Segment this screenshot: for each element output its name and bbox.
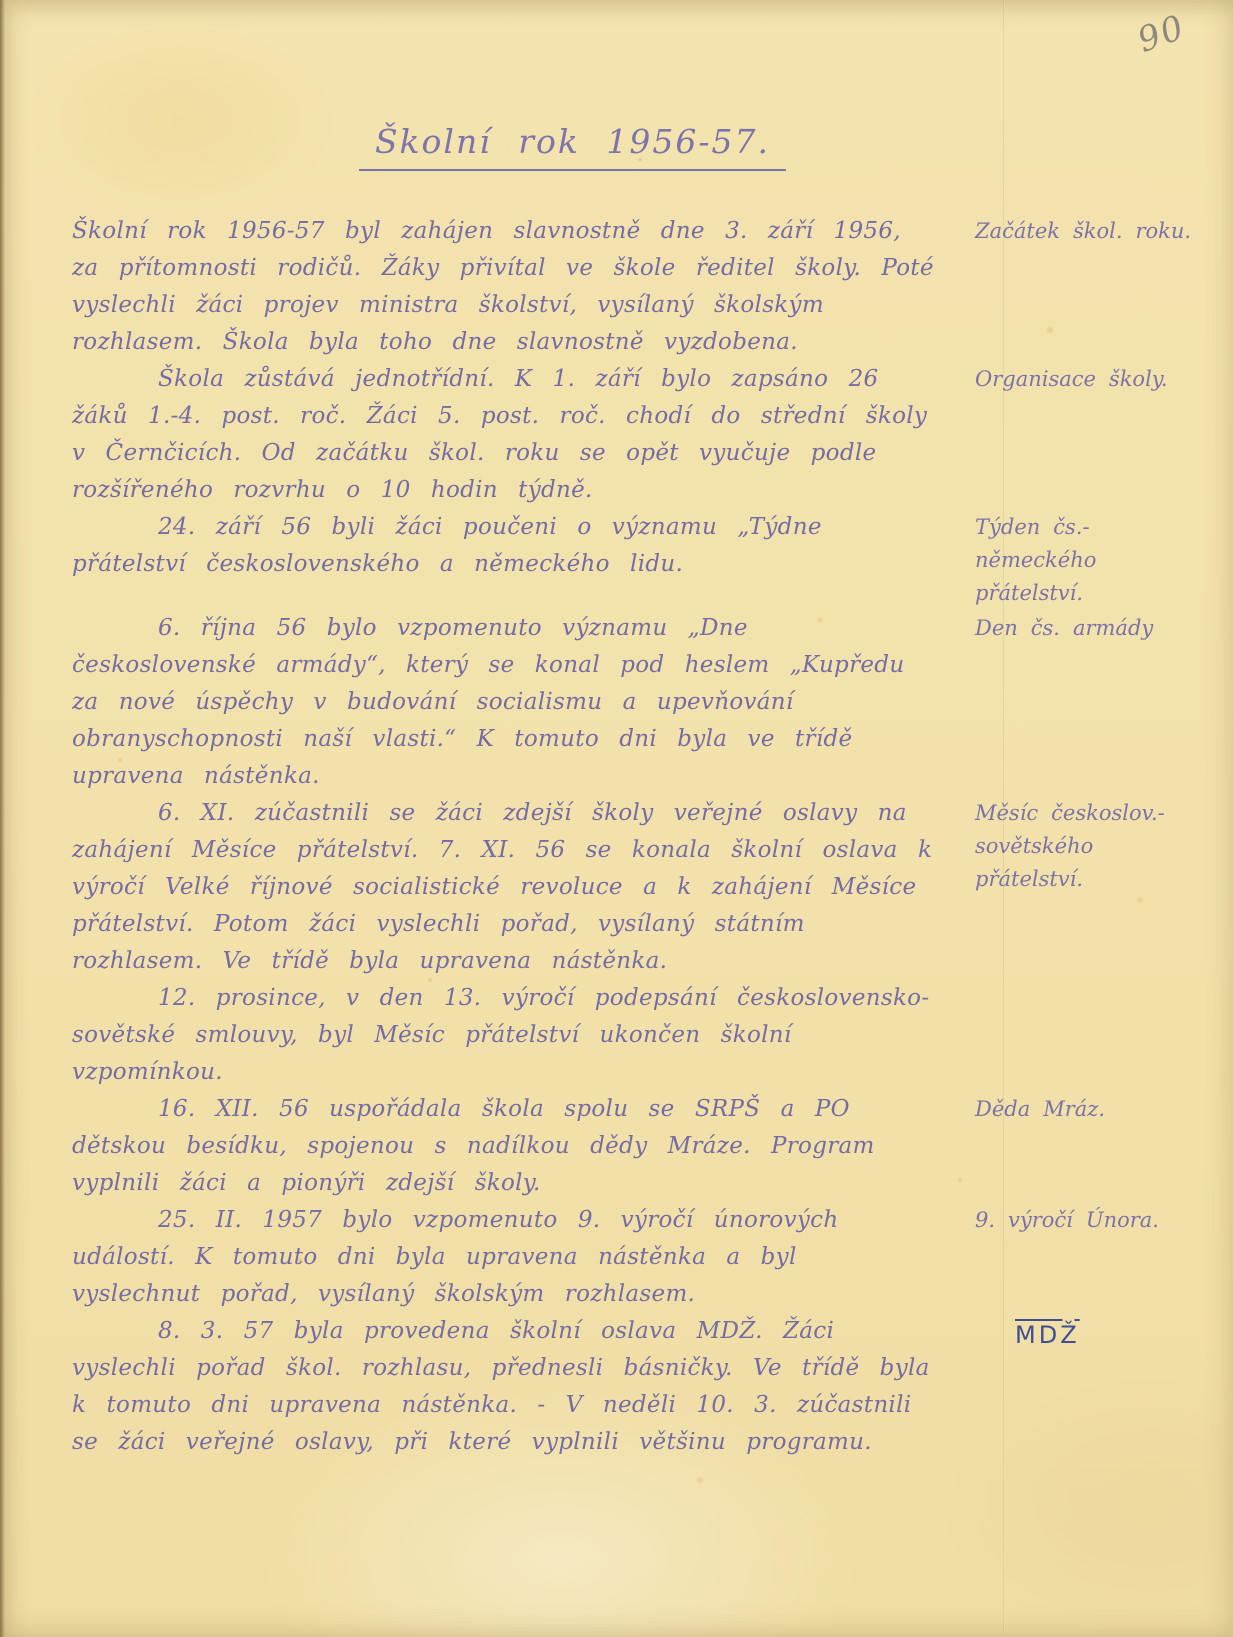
- entry-text: 8. 3. 57 byla provedena školní oslava MD…: [72, 1313, 941, 1461]
- entry-text: 24. září 56 byli žáci poučeni o významu …: [72, 509, 941, 583]
- chronicle-page: 90 Školní rok 1956-57. Školní rok 1956-5…: [0, 0, 1233, 1637]
- margin-note: 9. výročí Února.: [975, 1202, 1203, 1237]
- title-row: Školní rok 1956-57.: [202, 122, 943, 171]
- margin-note: Měsíc českoslov.-sovětského přátelství.: [975, 795, 1203, 896]
- entry-text: 6. října 56 bylo vzpomenuto významu „Dne…: [72, 610, 941, 795]
- margin-note: Den čs. armády: [975, 610, 1203, 645]
- margin-note: [975, 980, 1203, 982]
- page-content: Školní rok 1956-57. Školní rok 1956-57 b…: [0, 0, 1233, 1637]
- entry-text: Školní rok 1956-57 byl zahájen slavnostn…: [72, 213, 941, 361]
- margin-note: MDŽ: [975, 1313, 1203, 1352]
- chronicle-entry: 6. XI. zúčastnili se žáci zdejší školy v…: [72, 795, 1203, 980]
- entry-text: 16. XII. 56 uspořádala škola spolu se SR…: [72, 1091, 941, 1202]
- chronicle-entry: 25. II. 1957 bylo vzpomenuto 9. výročí ú…: [72, 1202, 1203, 1313]
- entry-text: 6. XI. zúčastnili se žáci zdejší školy v…: [72, 795, 941, 980]
- chronicle-entry: 16. XII. 56 uspořádala škola spolu se SR…: [72, 1091, 1203, 1202]
- chronicle-entry: Škola zůstává jednotřídní. K 1. září byl…: [72, 361, 1203, 509]
- page-title: Školní rok 1956-57.: [359, 122, 786, 171]
- chronicle-entry: 6. října 56 bylo vzpomenuto významu „Dne…: [72, 610, 1203, 795]
- entry-text: 25. II. 1957 bylo vzpomenuto 9. výročí ú…: [72, 1202, 941, 1313]
- margin-note: Organisace školy.: [975, 361, 1203, 396]
- chronicle-entry: 24. září 56 byli žáci poučeni o významu …: [72, 509, 1203, 610]
- chronicle-entry: 8. 3. 57 byla provedena školní oslava MD…: [72, 1313, 1203, 1461]
- chronicle-entry: 12. prosince, v den 13. výročí podepsání…: [72, 980, 1203, 1091]
- chronicle-entry: Školní rok 1956-57 byl zahájen slavnostn…: [72, 213, 1203, 361]
- entry-text: Škola zůstává jednotřídní. K 1. září byl…: [72, 361, 941, 509]
- margin-note: Děda Mráz.: [975, 1091, 1203, 1126]
- margin-note: Začátek škol. roku.: [975, 213, 1203, 248]
- entry-text: 12. prosince, v den 13. výročí podepsání…: [72, 980, 941, 1091]
- margin-note: Týden čs.-německého přátelství.: [975, 509, 1203, 610]
